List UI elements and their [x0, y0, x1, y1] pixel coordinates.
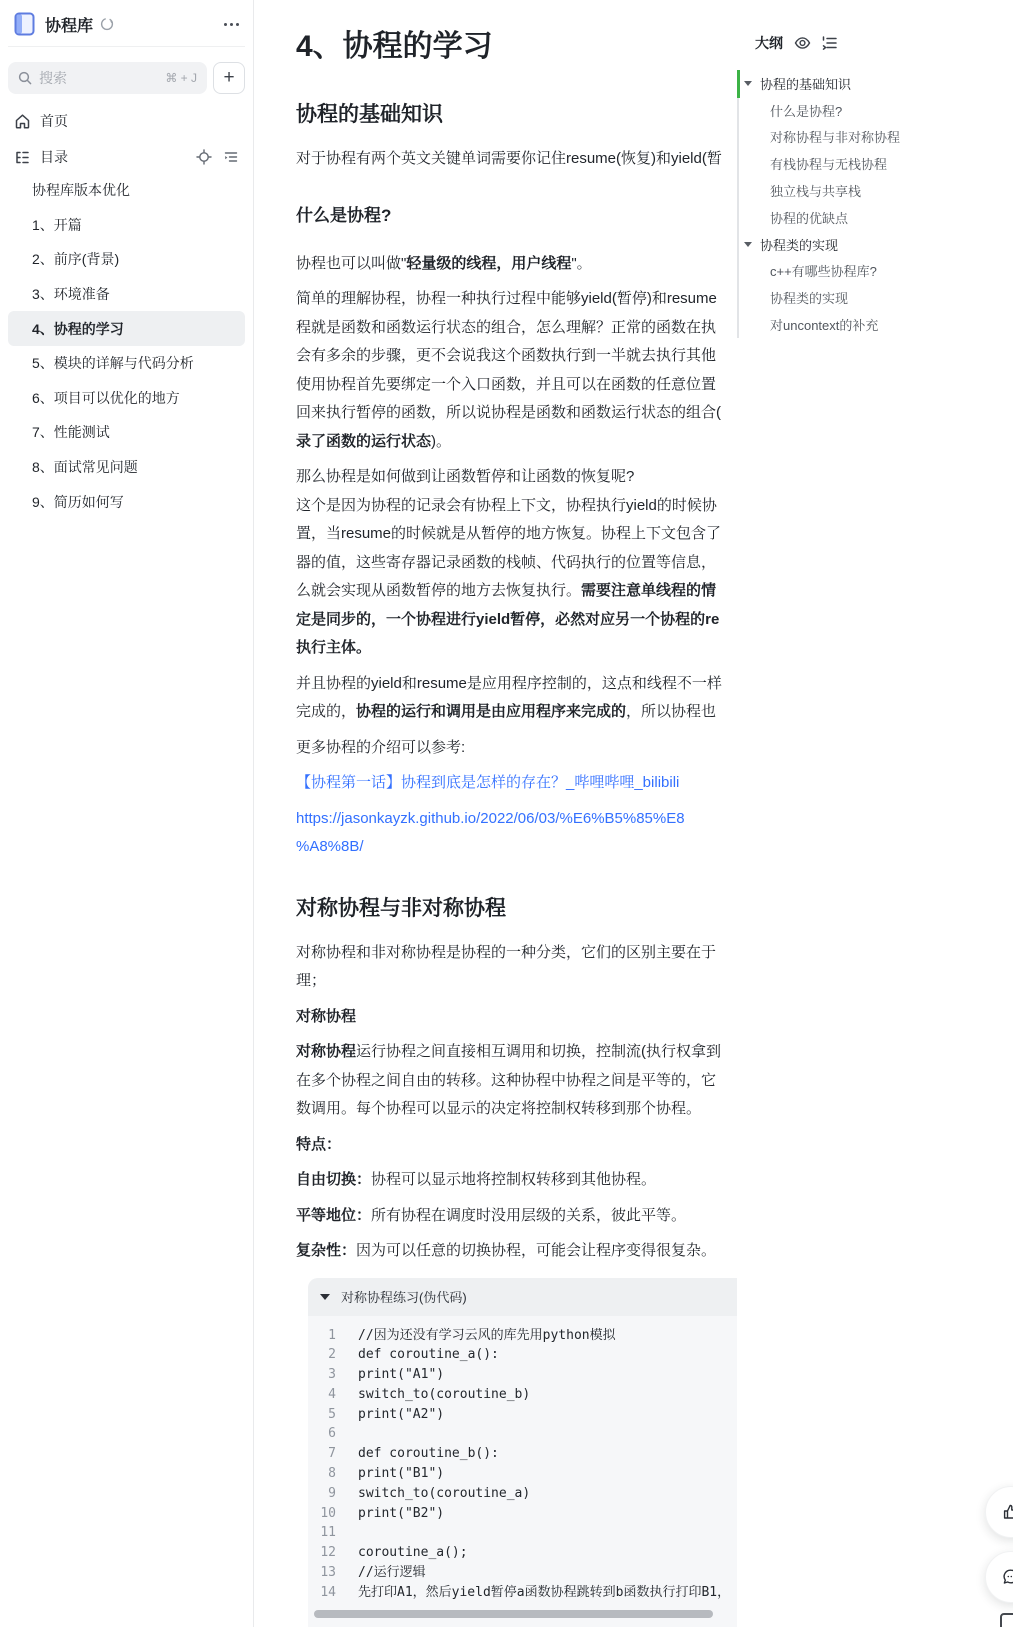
- app-window: 协程库 搜索 ⌘ + J +: [0, 0, 1013, 1627]
- outline-item[interactable]: 对称协程与非对称协程: [737, 124, 1007, 151]
- outline-items: 协程的基础知识什么是协程?对称协程与非对称协程有栈协程与无栈协程独立栈与共享栈协…: [737, 70, 1007, 338]
- sidebar-more-button[interactable]: [222, 17, 241, 32]
- code-line: 10print("B2"): [308, 1504, 808, 1524]
- sidebar-page-item[interactable]: 3、环境准备: [8, 277, 245, 312]
- outline-item[interactable]: 协程的优缺点: [737, 204, 1007, 231]
- sidebar-page-item[interactable]: 9、简历如何写: [8, 484, 245, 519]
- code-line: 13//运行逻辑: [308, 1563, 808, 1583]
- sidebar-page-item[interactable]: 5、模块的详解与代码分析: [8, 346, 245, 381]
- outline-item[interactable]: 独立栈与共享栈: [737, 177, 1007, 204]
- outline-list-icon[interactable]: [822, 36, 838, 50]
- search-icon: [18, 71, 32, 85]
- code-line: 14先打印A1，然后yield暂停a函数协程跳转到b函数执行打印B1，: [308, 1583, 808, 1603]
- sidebar-page-item[interactable]: 8、面试常见问题: [8, 450, 245, 485]
- code-line: 5print("A2"): [308, 1405, 808, 1425]
- new-page-button[interactable]: +: [213, 62, 245, 94]
- workspace-title: 协程库: [45, 13, 93, 36]
- sidebar-page-item[interactable]: 协程库版本优化: [8, 173, 245, 208]
- outline-item[interactable]: 对uncontext的补充: [737, 311, 1007, 338]
- code-line: 6: [308, 1424, 808, 1444]
- code-line: 7def coroutine_b():: [308, 1444, 808, 1464]
- code-lines[interactable]: 1//因为还没有学习云风的库先用python模拟2def coroutine_a…: [308, 1316, 808, 1603]
- sidebar-page-item[interactable]: 6、项目可以优化的地方: [8, 381, 245, 416]
- sidebar-page-item[interactable]: 7、性能测试: [8, 415, 245, 450]
- code-line: 2def coroutine_a():: [308, 1345, 808, 1365]
- code-line: 4switch_to(coroutine_b): [308, 1385, 808, 1405]
- sidebar-page-item[interactable]: 1、开篇: [8, 208, 245, 243]
- toc-icon: [14, 149, 31, 166]
- outline-item[interactable]: 协程类的实现: [737, 284, 1007, 311]
- comment-icon: [1002, 1568, 1013, 1586]
- search-input[interactable]: 搜索 ⌘ + J: [8, 62, 207, 94]
- outline-panel: 大纲 协程的基础知识什么是协程?对称协程与非对称协程有栈协程与无栈协程独立栈与共…: [737, 0, 1013, 1627]
- eye-icon[interactable]: [794, 36, 811, 50]
- outline-item[interactable]: 有栈协程与无栈协程: [737, 150, 1007, 177]
- corner-widget-icon[interactable]: [1000, 1613, 1013, 1627]
- notebook-icon: [14, 12, 35, 36]
- code-line: 3print("A1"): [308, 1365, 808, 1385]
- code-scrollbar[interactable]: [314, 1610, 713, 1618]
- collapse-code-icon[interactable]: [320, 1294, 330, 1300]
- outline-item[interactable]: c++有哪些协程库?: [737, 258, 1007, 285]
- sidebar-pages: 协程库版本优化1、开篇2、前序(背景)3、环境准备4、协程的学习5、模块的详解与…: [0, 173, 253, 519]
- sidebar-item-toc[interactable]: 目录: [8, 143, 245, 171]
- sidebar-page-item[interactable]: 2、前序(背景): [8, 242, 245, 277]
- search-shortcut: ⌘ + J: [165, 71, 197, 85]
- sidebar-toc-label: 目录: [40, 147, 68, 167]
- code-line: 1//因为还没有学习云风的库先用python模拟: [308, 1326, 808, 1346]
- code-line: 11: [308, 1523, 808, 1543]
- outline-item[interactable]: 协程的基础知识: [737, 70, 1007, 97]
- code-block-header: 对称协程练习(伪代码): [308, 1278, 808, 1316]
- sidebar-home-label: 首页: [40, 111, 68, 131]
- sidebar-page-item[interactable]: 4、协程的学习: [8, 311, 245, 346]
- code-line: 8print("B1"): [308, 1464, 808, 1484]
- sidebar: 协程库 搜索 ⌘ + J +: [0, 0, 254, 1627]
- sync-status-icon: [100, 17, 114, 31]
- caret-down-icon[interactable]: [744, 242, 752, 247]
- outline-item[interactable]: 什么是协程?: [737, 97, 1007, 124]
- home-icon: [14, 113, 31, 130]
- sidebar-divider: [8, 46, 245, 47]
- code-block: 对称协程练习(伪代码) 1//因为还没有学习云风的库先用python模拟2def…: [308, 1278, 808, 1627]
- caret-down-icon[interactable]: [744, 81, 752, 86]
- outline-item[interactable]: 协程类的实现: [737, 231, 1007, 258]
- sidebar-item-home[interactable]: 首页: [8, 107, 245, 135]
- locate-icon[interactable]: [196, 149, 212, 165]
- code-line: 9switch_to(coroutine_a): [308, 1484, 808, 1504]
- outline-title: 大纲: [755, 33, 783, 53]
- thumbs-up-icon: [1002, 1503, 1013, 1521]
- search-placeholder: 搜索: [39, 68, 67, 88]
- code-line: 12coroutine_a();: [308, 1543, 808, 1563]
- collapse-list-icon[interactable]: [223, 149, 239, 165]
- code-block-title: 对称协程练习(伪代码): [341, 1287, 467, 1306]
- sidebar-header: 协程库: [0, 0, 253, 36]
